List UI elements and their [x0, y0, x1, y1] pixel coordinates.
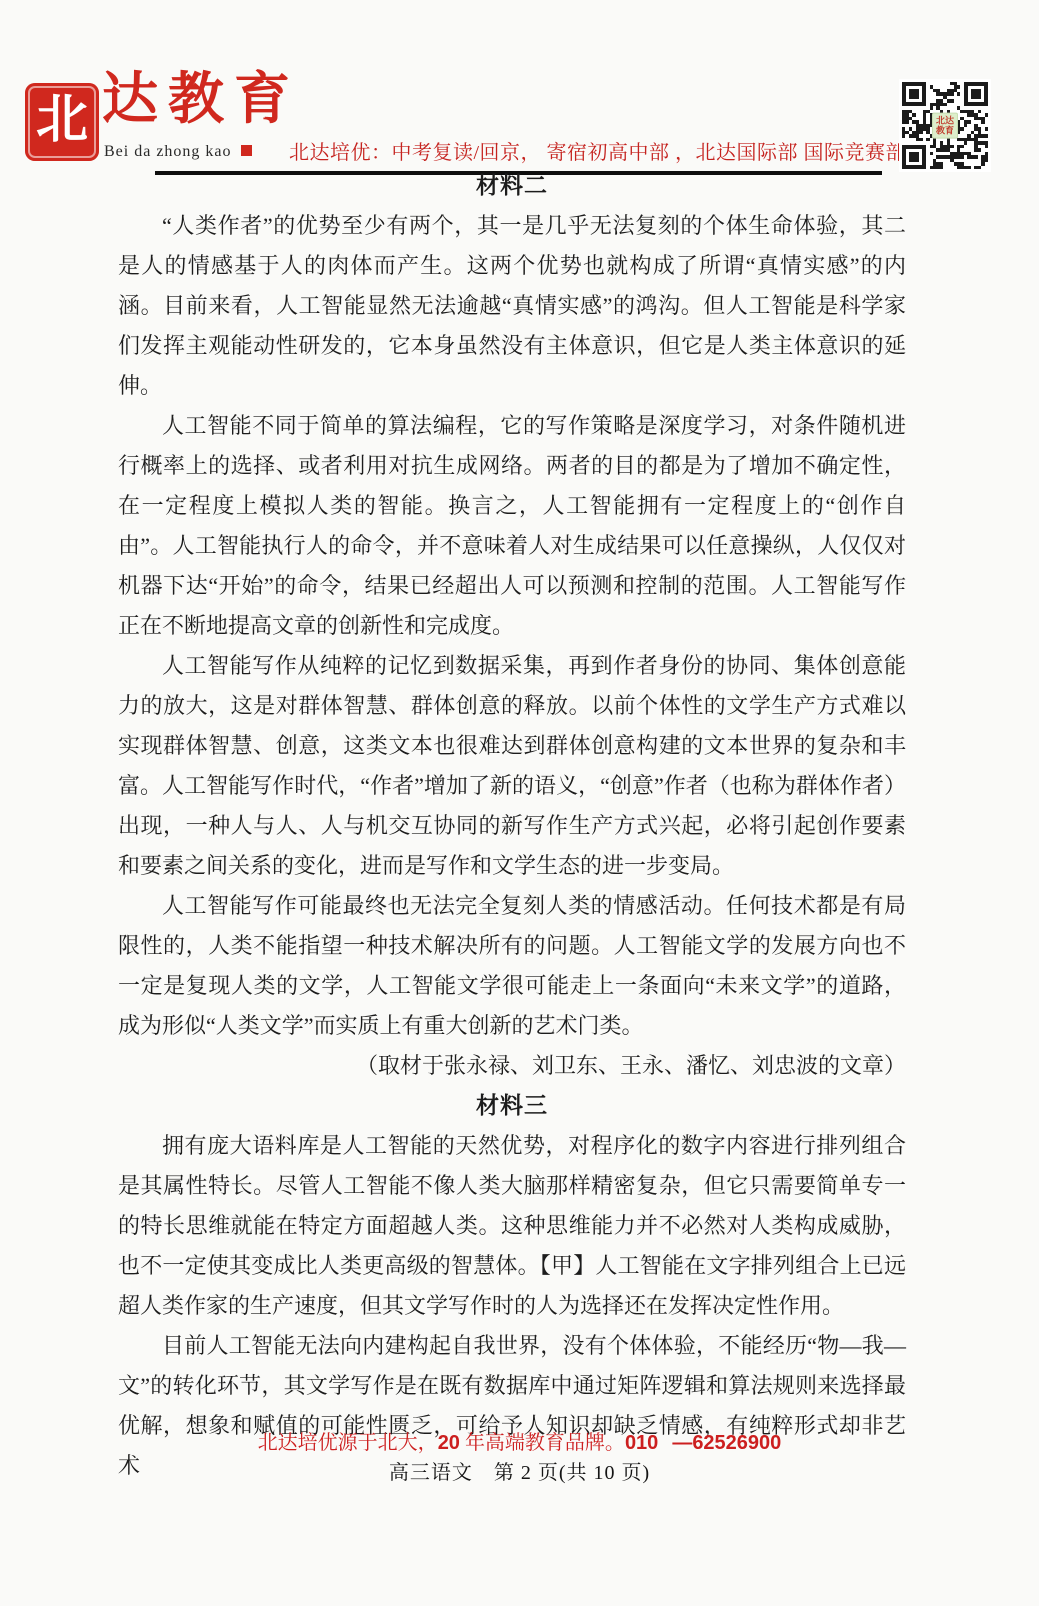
qr-finder-icon [902, 82, 926, 106]
exam-page: 北 达教育 Bei da zhong kao 北达培优：中考复读/回京， 寄宿初… [0, 0, 1039, 1606]
footer-promo-text: 年高端教育品牌。 [460, 1432, 625, 1454]
material2-attribution: （取材于张永禄、刘卫东、王永、潘忆、刘忠波的文章） [118, 1046, 906, 1086]
header-tagline: 北达培优：中考复读/回京， 寄宿初高中部 ，北达国际部 国际竞赛部 [289, 136, 906, 165]
material2-paragraph-1: “人类作者”的优势至少有两个，其一是几乎无法复刻的个体生命体验，其二是人的情感基… [118, 206, 906, 406]
qr-center-label: 北达 教育 [932, 112, 958, 139]
brand-seal-character: 北 [36, 95, 88, 147]
page-number-info: 高三语文 第 2 页(共 10 页) [0, 1456, 1039, 1485]
brand-subtitle: Bei da zhong kao [104, 143, 252, 161]
material2-paragraph-2: 人工智能不同于简单的算法编程，它的写作策略是深度学习，对条件随机进行概率上的选择… [118, 406, 906, 646]
footer-promo: 北达培优源于北大，20 年高端教育品牌。010—62526900 [0, 1426, 1039, 1455]
qr-code: 北达 教育 [899, 79, 991, 172]
red-square-icon [241, 145, 252, 156]
footer-promo-text: 北达培优源于北大， [258, 1432, 438, 1454]
material2-heading: 材料二 [118, 166, 906, 206]
brand-name-text: 达教育 [102, 72, 300, 128]
document-body: 材料二 “人类作者”的优势至少有两个，其一是几乎无法复刻的个体生命体验，其二是人… [118, 166, 906, 1486]
material2-paragraph-4: 人工智能写作可能最终也无法完全复刻人类的情感活动。任何技术都是有局限性的，人类不… [118, 886, 906, 1046]
brand-subtitle-text: Bei da zhong kao [104, 143, 232, 160]
material3-heading: 材料三 [118, 1086, 906, 1126]
footer-phone-prefix: 010 [625, 1432, 658, 1454]
material3-paragraph-1: 拥有庞大语料库是人工智能的天然优势，对程序化的数字内容进行排列组合是其属性特长。… [118, 1126, 906, 1326]
qr-finder-icon [964, 82, 988, 106]
brand-seal-logo: 北 [25, 83, 99, 161]
footer-promo-years: 20 [438, 1432, 460, 1454]
material2-paragraph-3: 人工智能写作从纯粹的记忆到数据采集，再到作者身份的协同、集体创意能力的放大，这是… [118, 646, 906, 886]
footer-phone-number: —62526900 [672, 1432, 781, 1454]
